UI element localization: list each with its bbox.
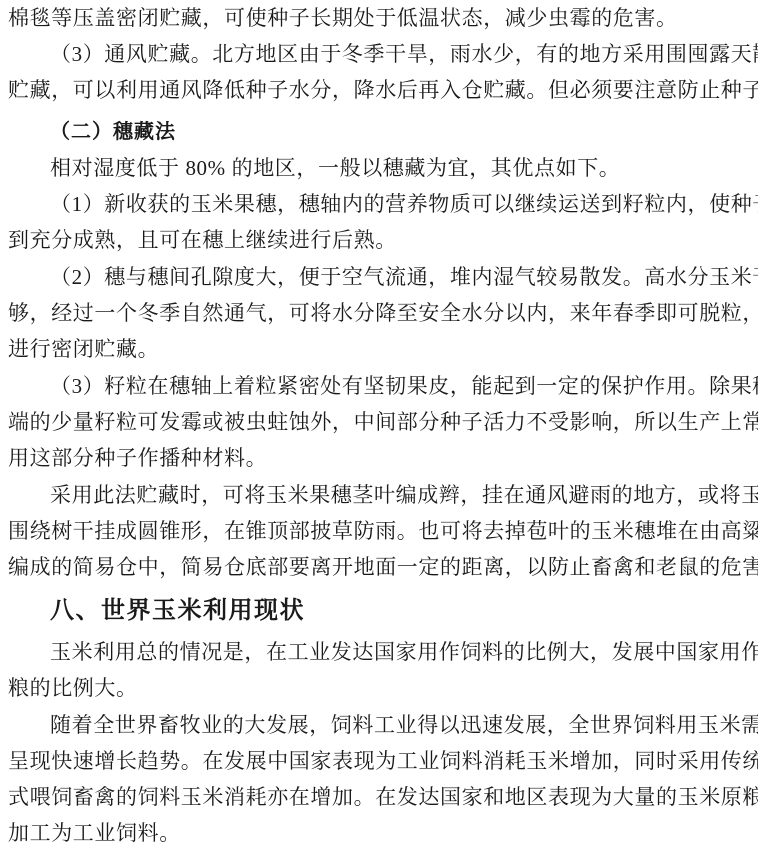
paragraph-line: （2）穗与穗间孔隙度大，便于空气流通，堆内湿气较易散发。高水分玉米干燥不 (8, 259, 748, 295)
paragraph-line: 粮的比例大。 (8, 670, 748, 706)
paragraph-line: 到充分成熟，且可在穗上继续进行后熟。 (8, 222, 748, 258)
paragraph-line: 够，经过一个冬季自然通气，可将水分降至安全水分以内，来年春季即可脱粒，再 (8, 295, 748, 331)
paragraph-line: 端的少量籽粒可发霉或被虫蛀蚀外，中间部分种子活力不受影响，所以生产上常采 (8, 404, 748, 440)
paragraph-line: 用这部分种子作播种材料。 (8, 440, 748, 476)
paragraph-line: 随着全世界畜牧业的大发展，饲料工业得以迅速发展，全世界饲料用玉米需求 (8, 707, 748, 743)
paragraph-line: 围绕树干挂成圆锥形，在锥顶部披草防雨。也可将去掉苞叶的玉米穗堆在由高粱杆 (8, 513, 748, 549)
paragraph-line: 式喂饲畜禽的饲料玉米消耗亦在增加。在发达国家和地区表现为大量的玉米原粮被 (8, 779, 748, 815)
paragraph-line: 加工为工业饲料。 (8, 815, 748, 846)
paragraph-line: 棉毯等压盖密闭贮藏，可使种子长期处于低温状态，减少虫霉的危害。 (8, 0, 748, 36)
paragraph-line: 采用此法贮藏时，可将玉米果穗茎叶编成辫，挂在通风避雨的地方，或将玉米 (8, 477, 748, 513)
paragraph-line: （3）籽粒在穗轴上着粒紧密处有坚韧果皮，能起到一定的保护作用。除果穗两 (8, 368, 748, 404)
paragraph-line: 呈现快速增长趋势。在发展中国家表现为工业饲料消耗玉米增加，同时采用传统方 (8, 743, 748, 779)
section-heading: 八、世界玉米利用现状 (8, 593, 748, 629)
paragraph-line: 进行密闭贮藏。 (8, 331, 748, 367)
paragraph-line: （3）通风贮藏。北方地区由于冬季干旱，雨水少，有的地方采用围囤露天散装 (8, 36, 748, 72)
section-subheading: （二）穗藏法 (8, 113, 748, 149)
paragraph-line: 编成的简易仓中，简易仓底部要离开地面一定的距离，以防止畜禽和老鼠的危害。 (8, 549, 748, 585)
paragraph-line: （1）新收获的玉米果穗，穗轴内的营养物质可以继续运送到籽粒内，使种子达 (8, 186, 748, 222)
paragraph-line: 玉米利用总的情况是，在工业发达国家用作饲料的比例大，发展中国家用作口 (8, 634, 748, 670)
paragraph-line: 贮藏，可以利用通风降低种子水分，降水后再入仓贮藏。但必须要注意防止种子冻害。 (8, 72, 748, 108)
paragraph-line: 相对湿度低于 80% 的地区，一般以穗藏为宜，其优点如下。 (8, 150, 748, 186)
